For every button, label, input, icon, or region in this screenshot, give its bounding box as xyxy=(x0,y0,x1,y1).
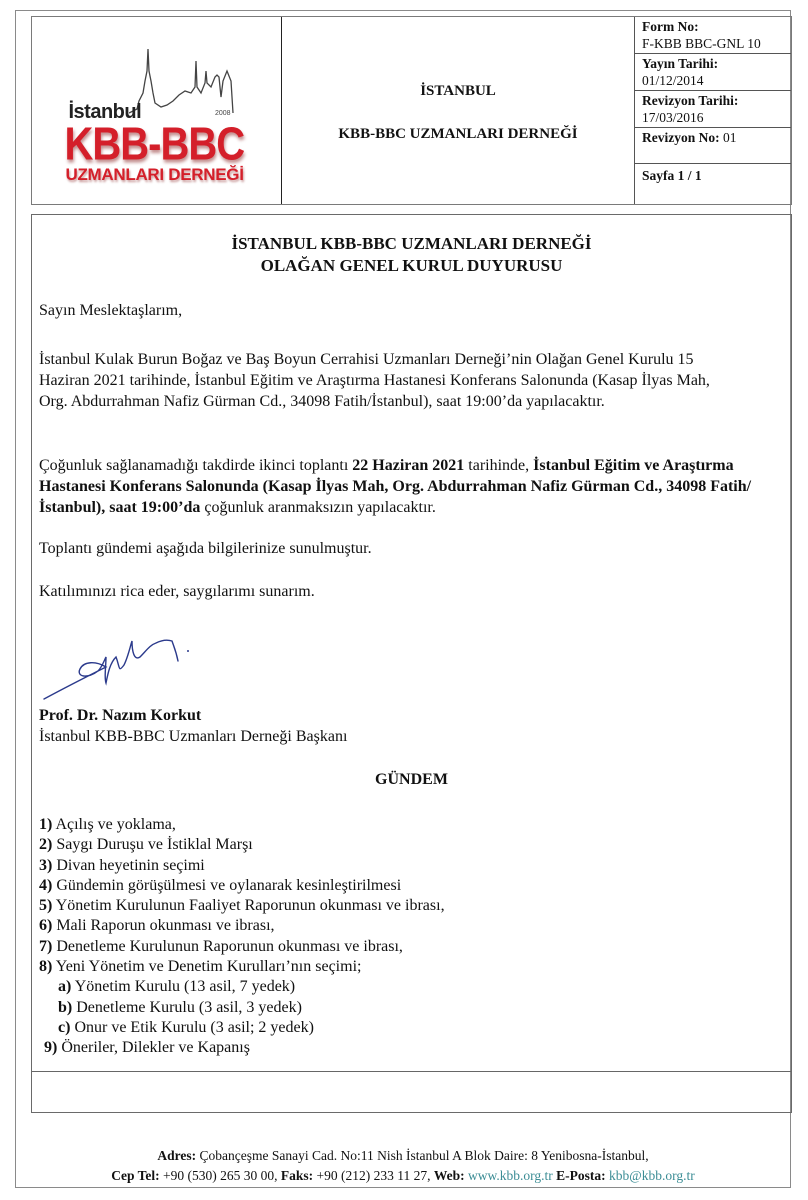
agenda-item: 9) Öneriler, Dilekler ve Kapanış xyxy=(39,1038,445,1058)
footer-contacts: Cep Tel: +90 (530) 265 30 00, Faks: +90 … xyxy=(15,1166,791,1186)
paragraph-second-meeting: Çoğunluk sağlanamadığı takdirde ikinci t… xyxy=(39,455,784,518)
agenda-subitem: a) Yönetim Kurulu (13 asil, 7 yedek) xyxy=(39,977,445,997)
paragraph-first-meeting: İstanbul Kulak Burun Boğaz ve Baş Boyun … xyxy=(39,349,729,412)
signer-name: Prof. Dr. Nazım Korkut xyxy=(39,707,201,725)
greeting: Sayın Meslektaşlarım, xyxy=(39,300,784,321)
agenda-subitem: b) Denetleme Kurulu (3 asil, 3 yedek) xyxy=(39,998,445,1018)
agenda-list: 1) Açılış ve yoklama, 2) Saygı Duruşu ve… xyxy=(39,815,445,1059)
svg-text:2008: 2008 xyxy=(215,110,231,117)
agenda-item: 8) Yeni Yönetim ve Denetim Kurulları’nın… xyxy=(39,957,445,977)
content-divider xyxy=(32,1071,791,1072)
footer-address: Adres: Çobançeşme Sanayi Cad. No:11 Nish… xyxy=(15,1146,791,1166)
revision-date: Revizyon Tarihi: 17/03/2016 xyxy=(635,91,791,128)
publish-date: Yayın Tarihi: 01/12/2014 xyxy=(635,54,791,91)
revision-no: Revizyon No: 01 xyxy=(635,128,791,164)
header-title-cell: İSTANBUL KBB-BBC UZMANLARI DERNEĞİ xyxy=(282,17,635,204)
agenda-title: GÜNDEM xyxy=(32,771,791,789)
signer-title: İstanbul KBB-BBC Uzmanları Derneği Başka… xyxy=(39,728,347,746)
page-number: Sayfa 1 / 1 xyxy=(635,164,791,204)
website-link[interactable]: www.kbb.org.tr xyxy=(465,1168,553,1183)
agenda-item: 4) Gündemin görüşülmesi ve oylanarak kes… xyxy=(39,876,445,896)
agenda-item: 1) Açılış ve yoklama, xyxy=(39,815,445,835)
paragraph-closing: Katılımınızı rica eder, saygılarımı suna… xyxy=(39,581,784,602)
announcement-body: İSTANBUL KBB-BBC UZMANLARI DERNEĞİ OLAĞA… xyxy=(31,214,792,1113)
form-no: Form No: F-KBB BBC-GNL 10 xyxy=(635,17,791,54)
paragraph-agenda-note: Toplantı gündemi aşağıda bilgilerinize s… xyxy=(39,538,784,559)
logo-kbb-text: KBB-BBC xyxy=(65,119,245,171)
logo-cell: 2008 İstanbul KBB-BBC UZMANLARI DERNEĞİ xyxy=(32,17,282,204)
agenda-item: 3) Divan heyetinin seçimi xyxy=(39,856,445,876)
signature-icon xyxy=(40,617,220,707)
form-meta-cell: Form No: F-KBB BBC-GNL 10 Yayın Tarihi: … xyxy=(635,17,791,204)
agenda-item: 7) Denetleme Kurulunun Raporunun okunmas… xyxy=(39,937,445,957)
email-link[interactable]: kbb@kbb.org.tr xyxy=(606,1168,695,1183)
agenda-item: 5) Yönetim Kurulunun Faaliyet Raporunun … xyxy=(39,896,445,916)
announcement-title: İSTANBUL KBB-BBC UZMANLARI DERNEĞİ OLAĞA… xyxy=(32,233,791,277)
association-logo: 2008 İstanbul KBB-BBC UZMANLARI DERNEĞİ xyxy=(59,41,255,181)
agenda-subitem: c) Onur ve Etik Kurulu (3 asil; 2 yedek) xyxy=(39,1018,445,1038)
header-title-line1: İSTANBUL xyxy=(420,83,496,100)
agenda-item: 6) Mali Raporun okunması ve ibrası, xyxy=(39,916,445,936)
contact-footer: Adres: Çobançeşme Sanayi Cad. No:11 Nish… xyxy=(15,1146,791,1186)
agenda-item: 2) Saygı Duruşu ve İstiklal Marşı xyxy=(39,835,445,855)
header-title-line2: KBB-BBC UZMANLARI DERNEĞİ xyxy=(338,126,577,143)
logo-uzmanlari-text: UZMANLARI DERNEĞİ xyxy=(66,165,244,185)
document-header: 2008 İstanbul KBB-BBC UZMANLARI DERNEĞİ … xyxy=(31,16,792,205)
skyline-icon: 2008 xyxy=(129,41,249,121)
